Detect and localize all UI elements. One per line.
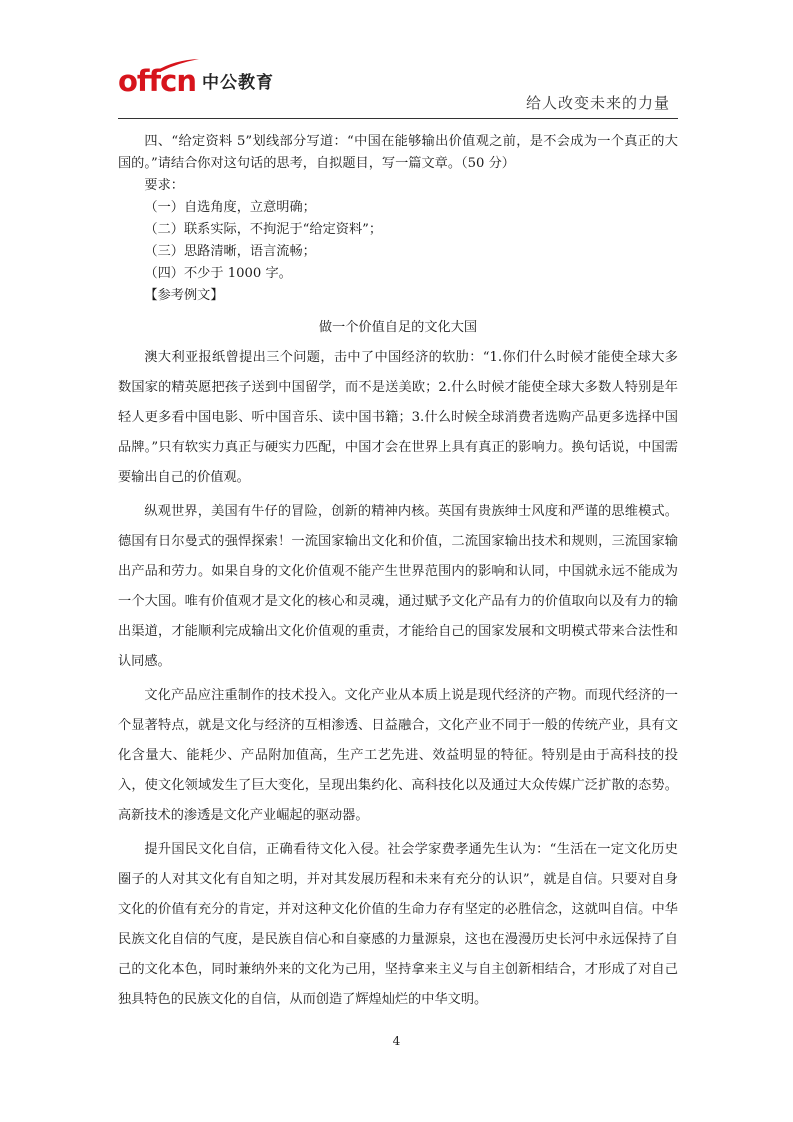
essay-title: 做一个价值自足的文化大国 [118, 317, 678, 339]
reference-label: 【参考例文】 [118, 285, 678, 307]
requirements-label: 要求： [118, 175, 678, 197]
logo-chinese-name: 中公教育 [202, 70, 274, 96]
document-body: 四、“给定资料 5”划线部分写道：“中国在能够输出价值观之前，是不会成为一个真正… [118, 131, 678, 1015]
essay-paragraph: 文化产品应注重制作的技术投入。文化产业从本质上说是现代经济的产物。而现代经济的一… [118, 681, 678, 831]
essay-paragraph: 澳大利亚报纸曾提出三个问题，击中了中国经济的软肋：“1.你们什么时候才能使全球大… [118, 343, 678, 493]
essay-paragraph: 纵观世界，美国有牛仔的冒险，创新的精神内核。英国有贵族绅士风度和严谨的思维模式。… [118, 497, 678, 677]
page-header: offcn 中公教育 给人改变未来的力量 [118, 60, 678, 114]
essay-paragraph: 提升国民文化自信，正确看待文化入侵。社会学家费孝通先生认为：“生活在一定文化历史… [118, 835, 678, 1015]
requirement-item: （四）不少于 1000 字。 [118, 263, 678, 285]
question-prompt: 四、“给定资料 5”划线部分写道：“中国在能够输出价值观之前，是不会成为一个真正… [118, 131, 678, 175]
page-number: 4 [0, 1034, 793, 1048]
requirement-item: （三）思路清晰，语言流畅； [118, 241, 678, 263]
offcn-logo: offcn 中公教育 [118, 66, 274, 96]
header-divider [118, 118, 678, 119]
requirement-item: （二）联系实际，不拘泥于“给定资料”； [118, 219, 678, 241]
requirement-item: （一）自选角度，立意明确； [118, 197, 678, 219]
header-slogan: 给人改变未来的力量 [526, 92, 670, 113]
logo-swoosh-icon [154, 58, 200, 72]
